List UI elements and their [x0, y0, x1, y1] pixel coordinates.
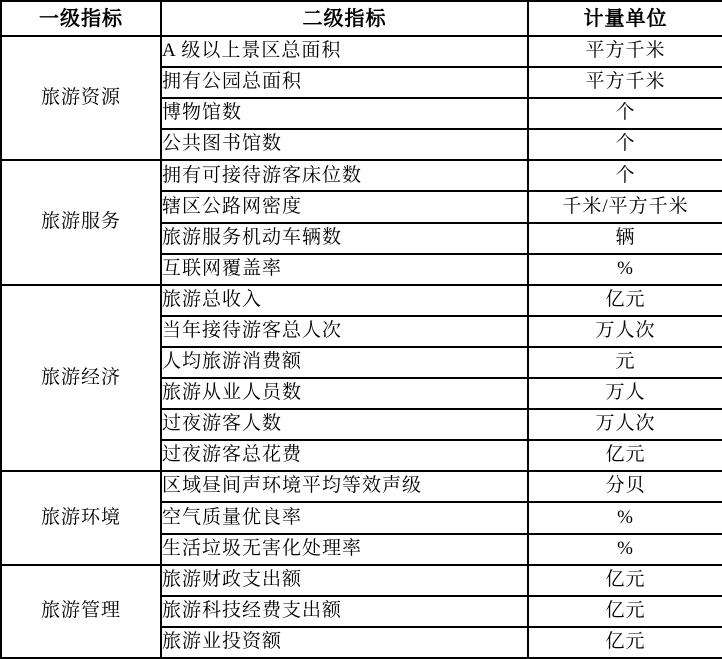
table-row: 旅游管理 旅游财政支出额 亿元 [1, 565, 722, 596]
indicator-cell: A 级以上景区总面积 [161, 36, 528, 67]
unit-cell: % [528, 534, 722, 565]
indicator-cell: 过夜游客人数 [161, 409, 528, 440]
category-cell: 旅游服务 [1, 160, 161, 284]
category-cell: 旅游环境 [1, 471, 161, 564]
unit-cell: 个 [528, 129, 722, 160]
unit-cell: 亿元 [528, 596, 722, 627]
indicator-cell: 人均旅游消费额 [161, 347, 528, 378]
indicator-cell: 旅游服务机动车辆数 [161, 223, 528, 254]
unit-cell: 亿元 [528, 565, 722, 596]
indicator-cell: 公共图书馆数 [161, 129, 528, 160]
indicator-cell: 拥有公园总面积 [161, 67, 528, 98]
indicator-cell: 区域昼间声环境平均等效声级 [161, 471, 528, 502]
header-row: 一级指标 二级指标 计量单位 [1, 1, 722, 36]
unit-cell: 亿元 [528, 627, 722, 658]
unit-cell: 平方千米 [528, 36, 722, 67]
indicator-cell: 拥有可接待游客床位数 [161, 160, 528, 191]
indicator-cell: 旅游总收入 [161, 285, 528, 316]
unit-cell: 亿元 [528, 285, 722, 316]
indicator-table: 一级指标 二级指标 计量单位 旅游资源 A 级以上景区总面积 平方千米 拥有公园… [0, 0, 722, 659]
category-cell: 旅游资源 [1, 36, 161, 160]
unit-cell: 亿元 [528, 440, 722, 471]
table-row: 旅游经济 旅游总收入 亿元 [1, 285, 722, 316]
indicator-cell: 旅游科技经费支出额 [161, 596, 528, 627]
indicator-cell: 互联网覆盖率 [161, 254, 528, 285]
unit-cell: % [528, 254, 722, 285]
indicator-cell: 空气质量优良率 [161, 502, 528, 533]
table-row: 旅游服务 拥有可接待游客床位数 个 [1, 160, 722, 191]
indicator-cell: 博物馆数 [161, 98, 528, 129]
indicator-cell: 辖区公路网密度 [161, 191, 528, 222]
unit-cell: 万人次 [528, 409, 722, 440]
unit-cell: 元 [528, 347, 722, 378]
unit-cell: 个 [528, 98, 722, 129]
unit-cell: 分贝 [528, 471, 722, 502]
unit-cell: 万人 [528, 378, 722, 409]
header-cell-unit: 计量单位 [528, 1, 722, 36]
table-row: 旅游资源 A 级以上景区总面积 平方千米 [1, 36, 722, 67]
indicator-cell: 生活垃圾无害化处理率 [161, 534, 528, 565]
table-row: 旅游环境 区域昼间声环境平均等效声级 分贝 [1, 471, 722, 502]
unit-cell: % [528, 502, 722, 533]
indicator-cell: 旅游财政支出额 [161, 565, 528, 596]
indicator-cell: 旅游业投资额 [161, 627, 528, 658]
header-cell-level2: 二级指标 [161, 1, 528, 36]
indicator-cell: 过夜游客总花费 [161, 440, 528, 471]
unit-cell: 辆 [528, 223, 722, 254]
unit-cell: 千米/平方千米 [528, 191, 722, 222]
unit-cell: 万人次 [528, 316, 722, 347]
unit-cell: 个 [528, 160, 722, 191]
header-cell-level1: 一级指标 [1, 1, 161, 36]
indicator-cell: 当年接待游客总人次 [161, 316, 528, 347]
table-header: 一级指标 二级指标 计量单位 [1, 1, 722, 36]
category-cell: 旅游经济 [1, 285, 161, 472]
category-cell: 旅游管理 [1, 565, 161, 658]
document-page: 一级指标 二级指标 计量单位 旅游资源 A 级以上景区总面积 平方千米 拥有公园… [0, 0, 722, 659]
indicator-cell: 旅游从业人员数 [161, 378, 528, 409]
unit-cell: 平方千米 [528, 67, 722, 98]
table-body: 旅游资源 A 级以上景区总面积 平方千米 拥有公园总面积 平方千米 博物馆数 个… [1, 36, 722, 658]
